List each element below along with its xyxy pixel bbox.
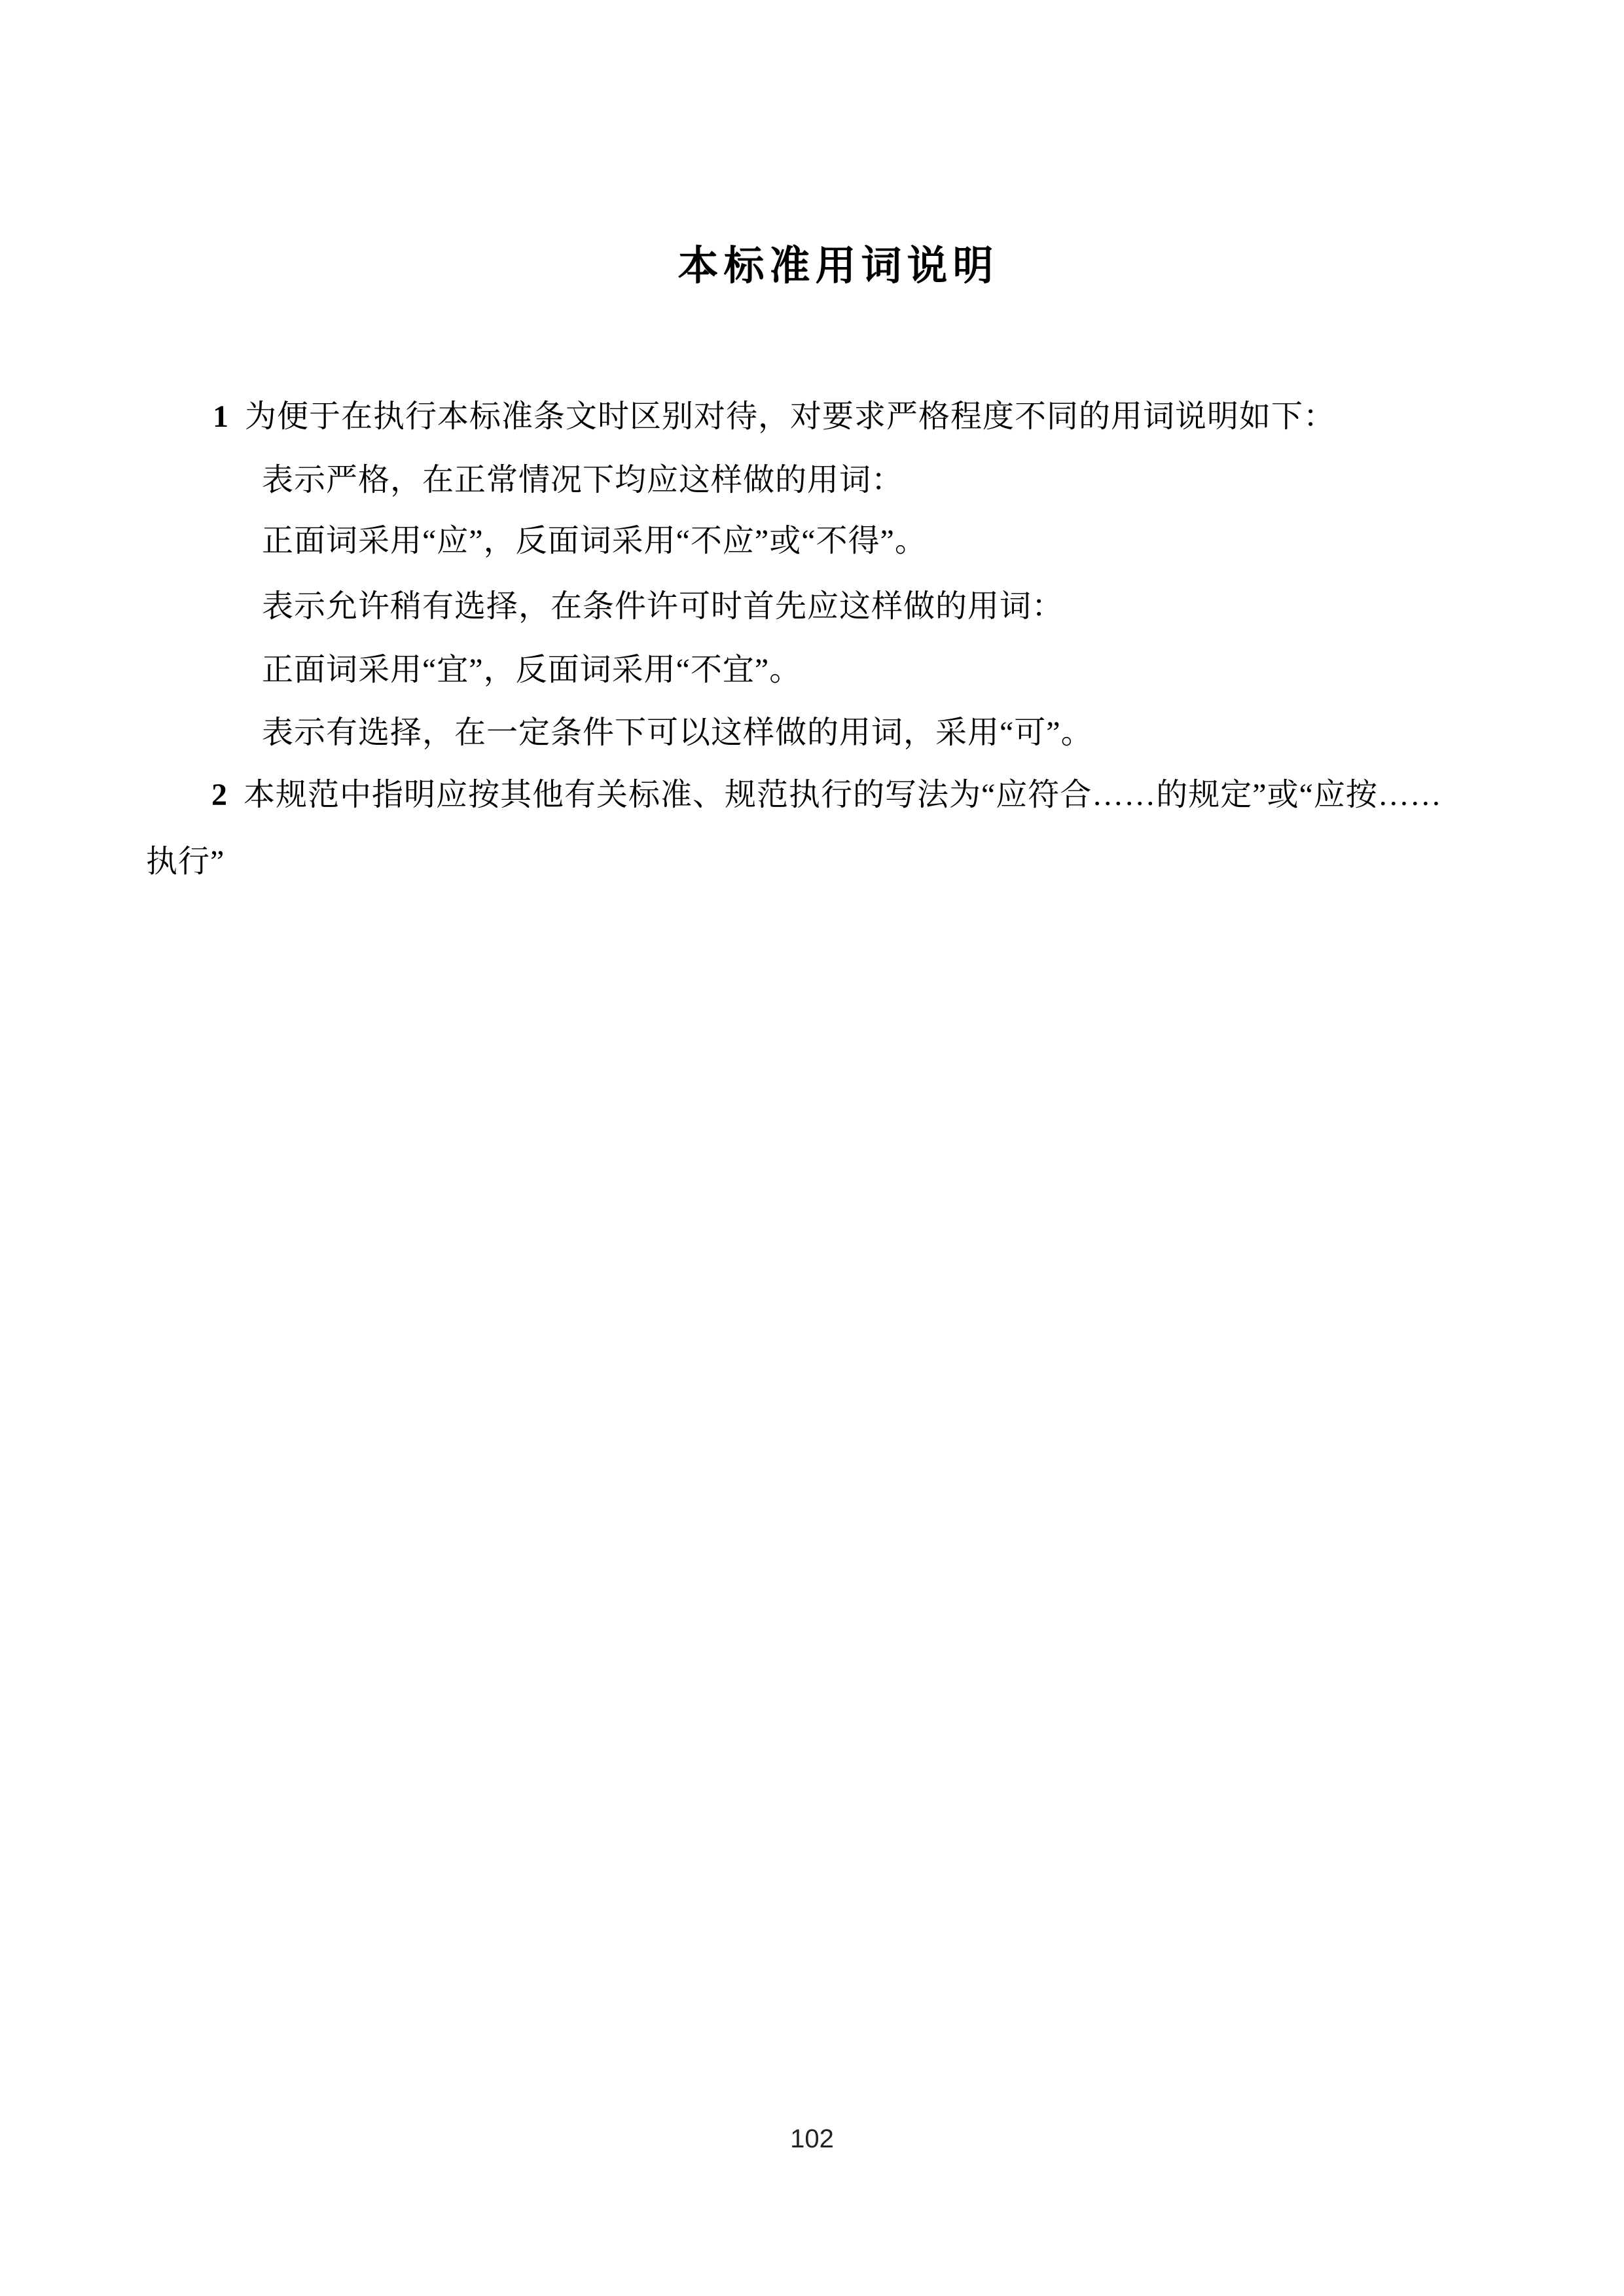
clause-text: 表示允许稍有选择，在条件许可时首先应这样做的用词： bbox=[262, 589, 1064, 624]
clause-continuation: 执行” bbox=[146, 843, 225, 881]
clause-text: 执行” bbox=[146, 844, 225, 879]
clause-number: 1 bbox=[213, 399, 229, 434]
clause-text: 正面词采用“宜”，反面词采用“不宜”。 bbox=[262, 653, 801, 687]
clause-subline: 表示允许稍有选择，在条件许可时首先应这样做的用词： bbox=[262, 588, 1064, 626]
clause-number: 2 bbox=[211, 778, 228, 812]
clause-subline: 正面词采用“宜”，反面词采用“不宜”。 bbox=[262, 651, 801, 689]
clause-text: 为便于在执行本标准条文时区别对待，对要求严格程度不同的用词说明如下： bbox=[245, 399, 1335, 434]
clause-text: 本规范中指明应按其他有关标准、规范执行的写法为“应符合……的规定”或“应按…… bbox=[244, 778, 1442, 812]
page-title: 本标准用词说明 bbox=[0, 233, 1624, 291]
clause-text: 表示严格，在正常情况下均应这样做的用词： bbox=[262, 463, 903, 497]
document-page: 本标准用词说明 1为便于在执行本标准条文时区别对待，对要求严格程度不同的用词说明… bbox=[0, 0, 1624, 2296]
clause-subline: 正面词采用“应”，反面词采用“不应”或“不得”。 bbox=[262, 522, 927, 560]
clause-text: 表示有选择，在一定条件下可以这样做的用词，采用“可”。 bbox=[262, 715, 1093, 750]
clause-text: 正面词采用“应”，反面词采用“不应”或“不得”。 bbox=[262, 524, 927, 558]
clause-item-2: 2本规范中指明应按其他有关标准、规范执行的写法为“应符合……的规定”或“应按…… bbox=[211, 776, 1442, 814]
clause-item-1: 1为便于在执行本标准条文时区别对待，对要求严格程度不同的用词说明如下： bbox=[213, 398, 1335, 436]
clause-subline: 表示严格，在正常情况下均应这样做的用词： bbox=[262, 461, 903, 499]
clause-subline: 表示有选择，在一定条件下可以这样做的用词，采用“可”。 bbox=[262, 714, 1093, 752]
page-number: 102 bbox=[0, 2125, 1624, 2154]
